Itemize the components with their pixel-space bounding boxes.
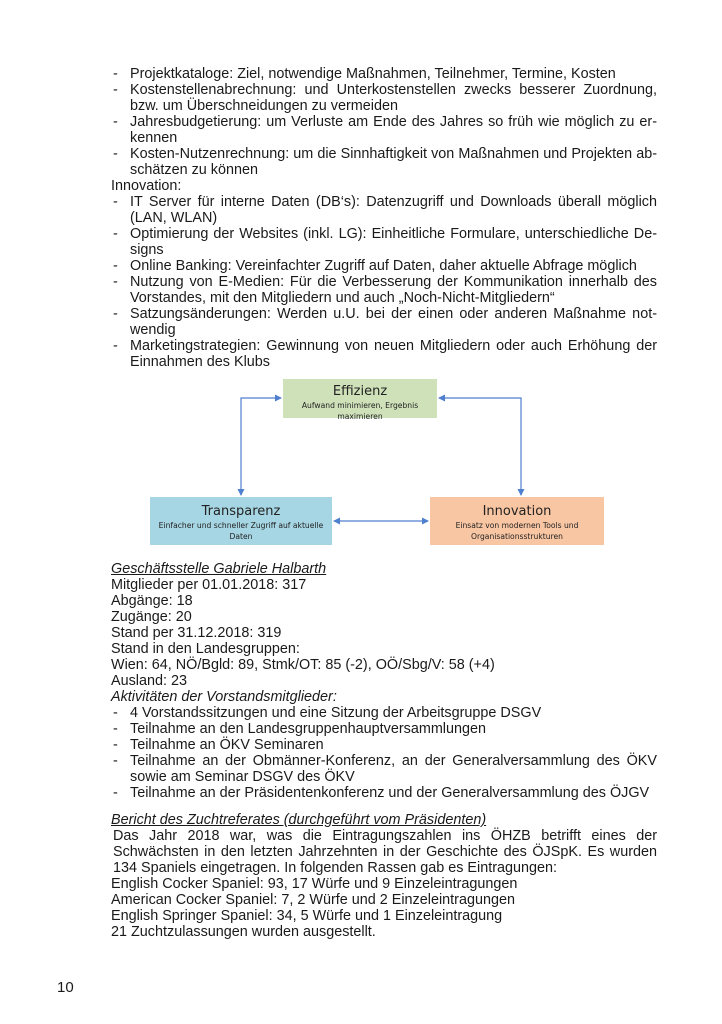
list-item-text: Kostenstellenabrechnung: und Unterkosten… — [130, 82, 657, 114]
list-item: -Online Banking: Vereinfachter Zugriff a… — [111, 258, 657, 274]
breeding-heading: Bericht des Zuchtreferates (durchgeführt… — [111, 812, 657, 828]
list-item-text: Jahresbudgetierung: um Verluste am Ende … — [130, 114, 657, 146]
list-item: -Teilnahme an der Präsidentenkonferenz u… — [111, 785, 657, 801]
transparenz-box: Transparenz Einfacher und schneller Zugr… — [150, 497, 332, 545]
list-item-text: Projektkataloge: Ziel, notwendige Maßnah… — [130, 66, 616, 82]
list-item: -Kostenstellenabrechnung: und Unterkoste… — [111, 82, 657, 114]
effizienz-box: Effizienz Aufwand minimieren, Ergebnis m… — [283, 379, 437, 418]
transparenz-subtitle-1: Einfacher und schneller Zugriff auf aktu… — [150, 520, 332, 531]
arrow-effizienz-innovation — [439, 398, 521, 495]
office-heading: Geschäftsstelle Gabriele Halbarth — [111, 561, 657, 577]
list-item-text: Online Banking: Vereinfachter Zugriff au… — [130, 258, 637, 274]
list-item-text: Teilnahme an ÖKV Seminaren — [130, 737, 324, 753]
innovation-title: Innovation — [430, 497, 604, 520]
list-item: -Nutzung von E-Medien: Für die Verbesser… — [111, 274, 657, 306]
list-item-text: Teilnahme an den Landesgruppenhauptversa… — [130, 721, 486, 737]
stat-line: Abgänge: 18 — [111, 593, 657, 609]
breed-line: English Cocker Spaniel: 93, 17 Würfe und… — [111, 876, 657, 892]
innovation-subtitle-2: Organisationsstrukturen — [430, 531, 604, 542]
stat-line: Mitglieder per 01.01.2018: 317 — [111, 577, 657, 593]
breeding-paragraph: Das Jahr 2018 war, was die Eintragungsza… — [111, 828, 657, 876]
list-item-text: Marketingstrategien: Gewinnung von neuen… — [130, 338, 657, 370]
innovation-subtitle-1: Einsatz von modernen Tools und — [430, 520, 604, 531]
list-item: -Jahresbudgetierung: um Verluste am Ende… — [111, 114, 657, 146]
stat-line: Ausland: 23 — [111, 673, 657, 689]
page-number: 10 — [57, 979, 74, 996]
list-item: -IT Server für interne Daten (DB‘s): Dat… — [111, 194, 657, 226]
list-item-text: Nutzung von E-Medien: Für die Verbesseru… — [130, 274, 657, 306]
list-item: -Teilnahme an ÖKV Seminaren — [111, 737, 657, 753]
list-item: -Teilnahme an den Landesgruppenhauptvers… — [111, 721, 657, 737]
list-item: -Marketingstrategien: Gewinnung von neue… — [111, 338, 657, 370]
breed-line: American Cocker Spaniel: 7, 2 Würfe und … — [111, 892, 657, 908]
list-item-text: 4 Vorstandssitzungen und eine Sitzung de… — [130, 705, 541, 721]
list-item-text: Satzungsänderungen: Werden u.U. bei der … — [130, 306, 657, 338]
activities-heading: Aktivitäten der Vorstandsmitglieder: — [111, 689, 657, 705]
transparenz-title: Transparenz — [150, 497, 332, 520]
arrow-effizienz-transparenz — [241, 398, 281, 495]
cost-list: -Projektkataloge: Ziel, notwendige Maßna… — [111, 66, 657, 370]
stat-line: Stand per 31.12.2018: 319 — [111, 625, 657, 641]
innovation-heading: Innovation: — [111, 178, 657, 194]
transparenz-subtitle-2: Daten — [150, 531, 332, 542]
office-report: Geschäftsstelle Gabriele Halbarth Mitgli… — [111, 561, 657, 801]
list-item-text: IT Server für interne Daten (DB‘s): Date… — [130, 194, 657, 226]
list-item: -Teilnahme an der Obmänner-Konferenz, an… — [111, 753, 657, 785]
effizienz-subtitle: Aufwand minimieren, Ergebnis maximieren — [283, 400, 437, 422]
stat-line: Wien: 64, NÖ/Bgld: 89, Stmk/OT: 85 (-2),… — [111, 657, 657, 673]
stat-line: Zugänge: 20 — [111, 609, 657, 625]
list-item-text: Optimierung der Websites (inkl. LG): Ein… — [130, 226, 657, 258]
list-item-text: Teilnahme an der Präsidentenkonferenz un… — [130, 785, 649, 801]
list-item: -Projektkataloge: Ziel, notwendige Maßna… — [111, 66, 657, 82]
list-item-text: Kosten-Nutzenrechnung: um die Sinnhaftig… — [130, 146, 657, 178]
breed-line: English Springer Spaniel: 34, 5 Würfe un… — [111, 908, 657, 924]
breed-line: 21 Zuchtzulassungen wurden ausgestellt. — [111, 924, 657, 940]
list-item: -4 Vorstandssitzungen und eine Sitzung d… — [111, 705, 657, 721]
innovation-box: Innovation Einsatz von modernen Tools un… — [430, 497, 604, 545]
list-item: -Satzungsänderungen: Werden u.U. bei der… — [111, 306, 657, 338]
stat-line: Stand in den Landesgruppen: — [111, 641, 657, 657]
list-item: -Optimierung der Websites (inkl. LG): Ei… — [111, 226, 657, 258]
list-item: -Kosten-Nutzenrechnung: um die Sinnhafti… — [111, 146, 657, 178]
list-item-text: Teilnahme an der Obmänner-Konferenz, an … — [130, 753, 657, 785]
document-page: -Projektkataloge: Ziel, notwendige Maßna… — [0, 0, 722, 1024]
breeding-report: Bericht des Zuchtreferates (durchgeführt… — [111, 812, 657, 940]
effizienz-title: Effizienz — [283, 379, 437, 400]
